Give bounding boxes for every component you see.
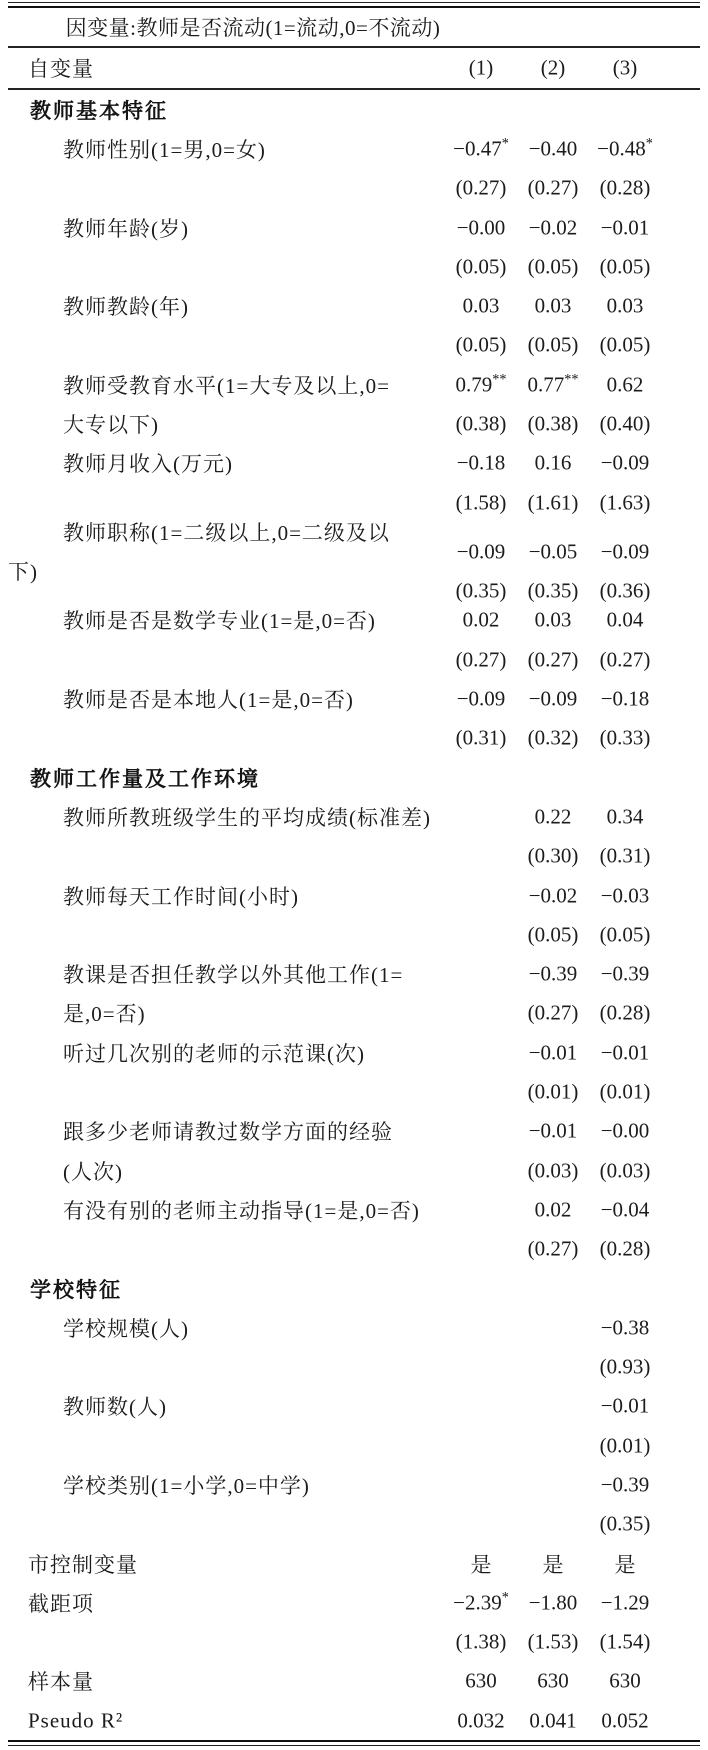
row-label: (人次) [63, 1156, 123, 1186]
model-3-header: (3) [589, 56, 661, 81]
table-line: 教师年龄(岁)−0.00−0.02−0.01 [8, 208, 700, 247]
cell-model-1 [445, 804, 517, 829]
rule-line [8, 1740, 700, 1742]
table-line: 教师受教育水平(1=大专及以上,0=0.79**0.77**0.62 [8, 365, 700, 404]
table-line: (0.01)(0.01) [8, 1072, 700, 1111]
row-values: −0.47*−0.40−0.48* [445, 136, 661, 161]
cell-model-3: −0.39 [589, 1473, 661, 1498]
section-header: 学校特征 [30, 1274, 122, 1304]
cell-model-3: 0.04 [589, 608, 661, 633]
table-line: 听过几次别的老师的示范课(次)−0.01−0.01 [8, 1033, 700, 1072]
table-line: 教师是否是数学专业(1=是,0=否)0.020.030.04 [8, 601, 700, 640]
cell-model-2 [517, 1512, 589, 1537]
cell-model-1: 0.032 [445, 1708, 517, 1733]
row-label: 教师月收入(万元) [63, 448, 233, 478]
table-line: (0.05)(0.05)(0.05) [8, 326, 700, 365]
cell-model-1 [445, 1040, 517, 1065]
cell-model-1 [445, 1158, 517, 1183]
cell-model-1: 0.03 [445, 294, 517, 319]
table-line: 教课是否担任教学以外其他工作(1=−0.39−0.39 [8, 955, 700, 994]
cell-model-3: (0.36) [589, 579, 661, 604]
cell-model-1 [445, 1433, 517, 1458]
row-values: (0.35)(0.35)(0.36) [445, 579, 661, 604]
cell-model-2: 是 [517, 1549, 589, 1579]
row-values: 0.030.030.03 [445, 294, 661, 319]
cell-model-2: (0.27) [517, 1237, 589, 1262]
table-line: 大专以下)(0.38)(0.38)(0.40) [8, 404, 700, 443]
row-label: 教师是否是数学专业(1=是,0=否) [63, 605, 376, 635]
section-header: 教师工作量及工作环境 [30, 763, 260, 793]
section-row: 教师工作量及工作环境 [8, 758, 700, 797]
cell-model-3: (0.31) [589, 844, 661, 869]
row-label: 教师是否是本地人(1=是,0=否) [63, 684, 354, 714]
cell-model-3: −0.03 [589, 883, 661, 908]
cell-model-3: 0.052 [589, 1708, 661, 1733]
row-label: 是,0=否) [63, 998, 146, 1028]
cell-model-2: 0.02 [517, 1197, 589, 1222]
row-values: (0.93) [445, 1355, 661, 1380]
cell-model-1: −0.47* [445, 136, 517, 161]
cell-model-2: −0.02 [517, 215, 589, 240]
row-values: (0.35) [445, 1512, 661, 1537]
cell-model-3: (1.54) [589, 1630, 661, 1655]
cell-model-3: 0.34 [589, 804, 661, 829]
cell-model-2: −1.80 [517, 1590, 589, 1615]
cell-model-2: 0.22 [517, 804, 589, 829]
cell-model-3: −0.48* [589, 136, 661, 161]
row-values: (0.27)(0.28) [445, 1001, 661, 1026]
cell-model-1: −0.09 [445, 687, 517, 712]
section-header: 教师基本特征 [30, 95, 168, 125]
row-values: (0.01) [445, 1433, 661, 1458]
cell-model-2: (0.38) [517, 412, 589, 437]
row-label: 教师所教班级学生的平均成绩(标准差) [63, 802, 431, 832]
cell-model-1: 0.79** [445, 372, 517, 397]
cell-model-3: −1.29 [589, 1590, 661, 1615]
cell-model-2 [517, 1473, 589, 1498]
row-values: (0.05)(0.05)(0.05) [445, 254, 661, 279]
dependent-variable-header-row: 因变量:教师是否流动(1=流动,0=不流动) [8, 8, 700, 46]
rule-line [8, 1745, 700, 1746]
cell-model-3: 是 [589, 1549, 661, 1579]
row-values: (1.38)(1.53)(1.54) [445, 1630, 661, 1655]
row-label: 学校规模(人) [63, 1313, 189, 1343]
cell-model-3: (0.28) [589, 1001, 661, 1026]
cell-model-1: (0.31) [445, 726, 517, 751]
row-values: −0.00−0.02−0.01 [445, 215, 661, 240]
row-values: −2.39*−1.80−1.29 [445, 1590, 661, 1615]
row-label: 市控制变量 [28, 1549, 138, 1579]
cell-model-2: (0.03) [517, 1158, 589, 1183]
cell-model-2: (0.05) [517, 333, 589, 358]
row-values: (0.05)(0.05) [445, 922, 661, 947]
cell-model-1: (1.58) [445, 490, 517, 515]
row-values: −0.38 [445, 1315, 661, 1340]
row-label: Pseudo R² [28, 1708, 123, 1733]
cell-model-1 [445, 962, 517, 987]
row-values: −0.39−0.39 [445, 962, 661, 987]
row-values: 0.020.030.04 [445, 608, 661, 633]
cell-model-3: 0.03 [589, 294, 661, 319]
cell-model-3: −0.01 [589, 215, 661, 240]
cell-model-1: 630 [445, 1669, 517, 1694]
cell-model-3: −0.18 [589, 687, 661, 712]
cell-model-2: −0.39 [517, 962, 589, 987]
cell-model-3: (0.05) [589, 254, 661, 279]
cell-model-2: (0.27) [517, 647, 589, 672]
cell-model-3: 0.62 [589, 372, 661, 397]
cell-model-1: −2.39* [445, 1590, 517, 1615]
table-line: 是,0=否)(0.27)(0.28) [8, 994, 700, 1033]
row-label: 截距项 [28, 1588, 94, 1618]
table-line: 有没有别的老师主动指导(1=是,0=否)0.02−0.04 [8, 1190, 700, 1229]
row-values: −0.09−0.09−0.18 [445, 687, 661, 712]
table-line: (0.30)(0.31) [8, 837, 700, 876]
cell-model-1 [445, 1119, 517, 1144]
table-line: 市控制变量是是是 [8, 1544, 700, 1583]
row-label: 教师受教育水平(1=大专及以上,0= [63, 370, 390, 400]
table-line: 教师教龄(年)0.030.030.03 [8, 286, 700, 325]
row-values: 0.79**0.77**0.62 [445, 372, 661, 397]
cell-model-2: −0.01 [517, 1119, 589, 1144]
row-label: 教师数(人) [63, 1391, 167, 1421]
table-line: 教师月收入(万元)−0.180.16−0.09 [8, 444, 700, 483]
cell-model-3: (0.27) [589, 647, 661, 672]
cell-model-1: −0.09 [445, 539, 517, 564]
row-values: −0.180.16−0.09 [445, 451, 661, 476]
cell-model-1 [445, 1315, 517, 1340]
cell-model-2: −0.40 [517, 136, 589, 161]
independent-variable-label: 自变量 [28, 53, 94, 83]
table-line: 教师所教班级学生的平均成绩(标准差)0.220.34 [8, 797, 700, 836]
row-values: −0.09−0.05−0.09 [445, 539, 661, 564]
cell-model-1: 0.02 [445, 608, 517, 633]
table-line: 学校规模(人)−0.38 [8, 1308, 700, 1347]
cell-model-1 [445, 1394, 517, 1419]
table-line: −0.09−0.05−0.09 [8, 542, 700, 562]
cell-model-1 [445, 844, 517, 869]
row-values: (0.03)(0.03) [445, 1158, 661, 1183]
cell-model-2: (0.30) [517, 844, 589, 869]
row-values: (0.30)(0.31) [445, 844, 661, 869]
cell-model-2: (0.27) [517, 1001, 589, 1026]
row-values: 0.220.34 [445, 804, 661, 829]
cell-model-3: (0.35) [589, 1512, 661, 1537]
table-line: (0.27)(0.27)(0.27) [8, 640, 700, 679]
row-label: 教师每天工作时间(小时) [63, 881, 299, 911]
cell-model-3: (0.40) [589, 412, 661, 437]
cell-model-2 [517, 1394, 589, 1419]
cell-model-3: (0.28) [589, 1237, 661, 1262]
cell-model-3: (1.63) [589, 490, 661, 515]
cell-model-1 [445, 1080, 517, 1105]
cell-model-1 [445, 1473, 517, 1498]
cell-model-2: (0.05) [517, 254, 589, 279]
cell-model-1 [445, 1237, 517, 1262]
row-label: 教师年龄(岁) [63, 213, 189, 243]
cell-model-3: −0.39 [589, 962, 661, 987]
table-line: (0.31)(0.32)(0.33) [8, 719, 700, 758]
row-label: 教课是否担任教学以外其他工作(1= [63, 959, 403, 989]
cell-model-1: −0.00 [445, 215, 517, 240]
row-label: 教师教龄(年) [63, 291, 189, 321]
cell-model-2: 0.16 [517, 451, 589, 476]
cell-model-2 [517, 1355, 589, 1380]
cell-model-1: (0.38) [445, 412, 517, 437]
row-values: −0.01 [445, 1394, 661, 1419]
row-values: −0.01−0.00 [445, 1119, 661, 1144]
cell-model-1 [445, 1512, 517, 1537]
cell-model-2: 0.03 [517, 294, 589, 319]
cell-model-3: −0.01 [589, 1394, 661, 1419]
table-line: (0.05)(0.05)(0.05) [8, 247, 700, 286]
cell-model-3: (0.33) [589, 726, 661, 751]
table-line: (0.93) [8, 1347, 700, 1386]
row-values: (0.27)(0.27)(0.28) [445, 176, 661, 201]
cell-model-1: −0.18 [445, 451, 517, 476]
table-line: 学校类别(1=小学,0=中学)−0.39 [8, 1465, 700, 1504]
cell-model-1: (0.05) [445, 333, 517, 358]
cell-model-2: (0.32) [517, 726, 589, 751]
row-values: (0.05)(0.05)(0.05) [445, 333, 661, 358]
table-line: 样本量630630630 [8, 1662, 700, 1701]
cell-model-3: 630 [589, 1669, 661, 1694]
cell-model-2 [517, 1433, 589, 1458]
cell-model-1: (0.05) [445, 254, 517, 279]
table-line: Pseudo R²0.0320.0410.052 [8, 1701, 700, 1740]
table-line: (0.35) [8, 1505, 700, 1544]
cell-model-2: −0.09 [517, 687, 589, 712]
cell-model-1 [445, 922, 517, 947]
row-values: (1.58)(1.61)(1.63) [445, 490, 661, 515]
row-label: 听过几次别的老师的示范课(次) [63, 1038, 365, 1068]
section-row: 学校特征 [8, 1269, 700, 1308]
cell-model-3: (0.01) [589, 1080, 661, 1105]
cell-model-1: (1.38) [445, 1630, 517, 1655]
cell-model-3: −0.04 [589, 1197, 661, 1222]
cell-model-2: 630 [517, 1669, 589, 1694]
row-values: (0.01)(0.01) [445, 1080, 661, 1105]
bottom-double-rule [8, 1740, 700, 1746]
section-row: 教师基本特征 [8, 90, 700, 129]
table-line: 教师每天工作时间(小时)−0.02−0.03 [8, 876, 700, 915]
table-line: 截距项−2.39*−1.80−1.29 [8, 1583, 700, 1622]
row-label: 有没有别的老师主动指导(1=是,0=否) [63, 1195, 420, 1225]
cell-model-2: (0.01) [517, 1080, 589, 1105]
cell-model-2: 0.77** [517, 372, 589, 397]
model-1-header: (1) [445, 56, 517, 81]
row-label: 学校类别(1=小学,0=中学) [63, 1470, 310, 1500]
column-header-row: 自变量 (1) (2) (3) [8, 48, 700, 88]
table-line: 教师数(人)−0.01 [8, 1387, 700, 1426]
row-values: (0.27)(0.28) [445, 1237, 661, 1262]
cell-model-2: (1.53) [517, 1630, 589, 1655]
cell-model-2: (0.05) [517, 922, 589, 947]
cell-model-3: −0.09 [589, 451, 661, 476]
cell-model-3: (0.93) [589, 1355, 661, 1380]
table-line: 教师性别(1=男,0=女)−0.47*−0.40−0.48* [8, 129, 700, 168]
cell-model-1: (0.27) [445, 647, 517, 672]
table-line: 教师是否是本地人(1=是,0=否)−0.09−0.09−0.18 [8, 679, 700, 718]
cell-model-3: −0.09 [589, 539, 661, 564]
cell-model-3: −0.00 [589, 1119, 661, 1144]
model-2-header: (2) [517, 56, 589, 81]
table-line: (人次)(0.03)(0.03) [8, 1151, 700, 1190]
table-line: (0.01) [8, 1426, 700, 1465]
cell-model-2: (1.61) [517, 490, 589, 515]
row-values: −0.02−0.03 [445, 883, 661, 908]
table-line: (1.38)(1.53)(1.54) [8, 1623, 700, 1662]
cell-model-2: −0.05 [517, 539, 589, 564]
row-values: (0.31)(0.32)(0.33) [445, 726, 661, 751]
row-values: 是是是 [445, 1549, 661, 1579]
row-values: (0.27)(0.27)(0.27) [445, 647, 661, 672]
cell-model-3: −0.01 [589, 1040, 661, 1065]
rule-line [8, 2, 700, 3]
cell-model-1: 是 [445, 1549, 517, 1579]
cell-model-1 [445, 883, 517, 908]
dependent-variable-header: 因变量:教师是否流动(1=流动,0=不流动) [8, 12, 498, 42]
row-label: 样本量 [28, 1666, 94, 1696]
cell-model-2: (0.35) [517, 579, 589, 604]
row-label: 大专以下) [63, 409, 159, 439]
cell-model-2: 0.03 [517, 608, 589, 633]
row-values: 0.0320.0410.052 [445, 1708, 661, 1733]
cell-model-3: (0.03) [589, 1158, 661, 1183]
cell-model-2: −0.02 [517, 883, 589, 908]
cell-model-1: (0.27) [445, 176, 517, 201]
row-values: (0.38)(0.38)(0.40) [445, 412, 661, 437]
row-label: 教师性别(1=男,0=女) [63, 134, 266, 164]
cell-model-2: 0.041 [517, 1708, 589, 1733]
cell-model-3: (0.05) [589, 922, 661, 947]
table-body: 教师基本特征教师性别(1=男,0=女)−0.47*−0.40−0.48*(0.2… [8, 90, 700, 1740]
cell-model-3: (0.28) [589, 176, 661, 201]
table-line: (0.35)(0.35)(0.36) [8, 581, 700, 601]
cell-model-1: (0.35) [445, 579, 517, 604]
row-values: −0.01−0.01 [445, 1040, 661, 1065]
table-line: (0.27)(0.27)(0.28) [8, 169, 700, 208]
cell-model-2 [517, 1315, 589, 1340]
cell-model-3: −0.38 [589, 1315, 661, 1340]
row-label: 跟多少老师请教过数学方面的经验 [63, 1116, 393, 1146]
regression-table: 因变量:教师是否流动(1=流动,0=不流动) 自变量 (1) (2) (3) 教… [8, 0, 700, 1746]
cell-model-1 [445, 1355, 517, 1380]
cell-model-1 [445, 1001, 517, 1026]
row-values: 0.02−0.04 [445, 1197, 661, 1222]
cell-model-2: −0.01 [517, 1040, 589, 1065]
cell-model-1 [445, 1197, 517, 1222]
cell-model-3: (0.01) [589, 1433, 661, 1458]
model-column-headers: (1) (2) (3) [445, 56, 661, 81]
cell-model-2: (0.27) [517, 176, 589, 201]
cell-model-3: (0.05) [589, 333, 661, 358]
table-line: 跟多少老师请教过数学方面的经验−0.01−0.00 [8, 1112, 700, 1151]
table-line: (0.05)(0.05) [8, 915, 700, 954]
row-values: −0.39 [445, 1473, 661, 1498]
table-line: (0.27)(0.28) [8, 1230, 700, 1269]
row-values: 630630630 [445, 1669, 661, 1694]
